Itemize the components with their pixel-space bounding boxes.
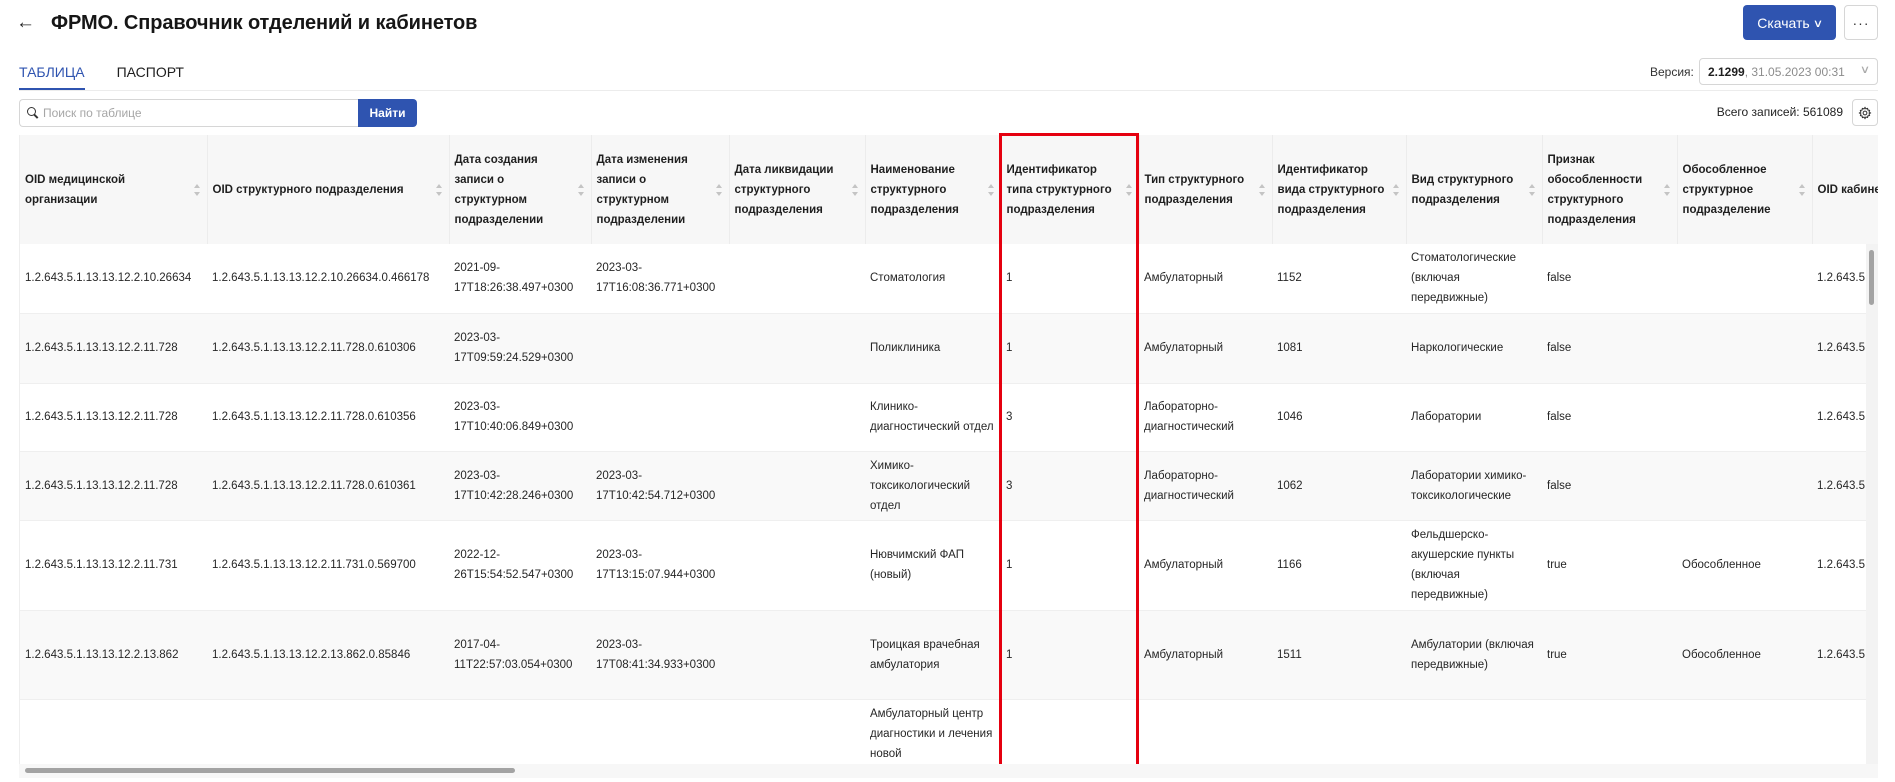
table-cell: false (1542, 383, 1677, 451)
table-cell: Амбулаторный (1139, 610, 1272, 699)
table-cell: Поликлиника (865, 313, 1001, 383)
column-header-label: Дата создания записи о структурном подра… (455, 154, 544, 226)
table-cell: Клинико-диагностический отдел (865, 383, 1001, 451)
column-header-label: Идентификатор типа структурного подразде… (1007, 164, 1112, 216)
sort-icon[interactable] (1664, 184, 1671, 196)
table-cell: 1.2.643.5.1.13.13.12.2.13.862.0.85846 (207, 610, 449, 699)
column-header[interactable]: Обособленное структурное подразделение (1677, 135, 1812, 244)
table-row[interactable]: 1.2.643.5.1.13.13.12.2.11.7311.2.643.5.1… (20, 520, 1878, 610)
table-cell: 1046 (1272, 383, 1406, 451)
table-cell: Лаборатории (1406, 383, 1542, 451)
total-records: Всего записей: 561089 (1717, 105, 1843, 119)
vertical-scrollbar-thumb[interactable] (1869, 250, 1874, 305)
ellipsis-icon: ··· (1853, 15, 1870, 31)
data-table: OID медицинской организацииOID структурн… (19, 135, 1878, 770)
table-cell (591, 383, 729, 451)
table-cell: 1 (1001, 610, 1139, 699)
table-cell: 1166 (1272, 520, 1406, 610)
table-cell: 1.2.643.5.1.13.13.12.2.11.728.0.610361 (207, 451, 449, 520)
table-cell: Амбулаторный (1139, 313, 1272, 383)
sort-icon[interactable] (436, 184, 443, 196)
table-cell: 1.2.643.5.1.13.13.12.2.10.26634.0.466178 (207, 244, 449, 313)
table-cell: 2023-03-17T10:40:06.849+0300 (449, 383, 591, 451)
table-cell: 1062 (1272, 451, 1406, 520)
table-cell (1542, 699, 1677, 770)
table-row[interactable]: 1.2.643.5.1.13.13.12.2.11.7281.2.643.5.1… (20, 383, 1878, 451)
table-cell: 1.2.643.5.1.13.13.12.2.11.731 (20, 520, 207, 610)
table-cell (1677, 244, 1812, 313)
version-select[interactable]: 2.1299, 31.05.2023 00:31 ∨ (1699, 58, 1878, 85)
table-cell: 2023-03-17T09:59:24.529+0300 (449, 313, 591, 383)
sort-icon[interactable] (1799, 184, 1806, 196)
table-cell: 2023-03-17T16:08:36.771+0300 (591, 244, 729, 313)
find-button[interactable]: Найти (358, 99, 417, 127)
table-cell: 1 (1001, 520, 1139, 610)
column-header-label: Вид структурного подразделения (1412, 174, 1514, 206)
version-label: Версия: (1650, 64, 1694, 80)
table-row[interactable]: 1.2.643.5.1.13.13.12.2.11.7281.2.643.5.1… (20, 451, 1878, 520)
table-cell: true (1542, 520, 1677, 610)
table-cell: Обособленное (1677, 520, 1812, 610)
table-cell: 3 (1001, 451, 1139, 520)
table-row[interactable]: 1.2.643.5.1.13.13.12.2.11.7281.2.643.5.1… (20, 313, 1878, 383)
table-cell: 1081 (1272, 313, 1406, 383)
table-cell: 3 (1001, 383, 1139, 451)
table-cell: 2023-03-17T10:42:54.712+0300 (591, 451, 729, 520)
table-cell: 1.2.643.5.1.13.13.12.2.11.728 (20, 451, 207, 520)
table-cell: 2023-03-17T10:42:28.246+0300 (449, 451, 591, 520)
table-cell: 1.2.643.5.1.13.13.12.2.11.728.0.610306 (207, 313, 449, 383)
column-header-label: Идентификатор вида структурного подразде… (1278, 164, 1385, 216)
search-icon (27, 107, 39, 119)
column-header-label: Признак обособленности структурного подр… (1548, 154, 1643, 226)
column-header[interactable]: Дата изменения записи о структурном подр… (591, 135, 729, 244)
download-button[interactable]: Скачать ∨ (1743, 5, 1836, 40)
sort-icon[interactable] (852, 184, 859, 196)
sort-icon[interactable] (1393, 184, 1400, 196)
column-header-label: Дата ликвидации структурного подразделен… (735, 164, 834, 216)
column-header-label: Обособленное структурное подразделение (1683, 164, 1771, 216)
table-cell (1677, 383, 1812, 451)
sort-icon[interactable] (1126, 184, 1133, 196)
column-header-label: Наименование структурного подразделения (871, 164, 959, 216)
column-header[interactable]: Вид структурного подразделения (1406, 135, 1542, 244)
table-cell: 1 (1001, 313, 1139, 383)
table-cell: Наркологические (1406, 313, 1542, 383)
column-header[interactable]: Дата создания записи о структурном подра… (449, 135, 591, 244)
table-row[interactable]: Амбулаторный центр диагностики и лечения… (20, 699, 1878, 770)
table-cell: Троицкая врачебная амбулатория (865, 610, 1001, 699)
column-header-label: Дата изменения записи о структурном подр… (597, 154, 688, 226)
table-cell (591, 699, 729, 770)
table-cell: Амбулаторный (1139, 520, 1272, 610)
table-cell (207, 699, 449, 770)
download-label: Скачать (1757, 15, 1810, 31)
table-cell (729, 244, 865, 313)
table-cell: 2022-12-26T15:54:52.547+0300 (449, 520, 591, 610)
column-header[interactable]: Наименование структурного подразделения (865, 135, 1001, 244)
chevron-down-icon: ∨ (1813, 17, 1823, 30)
column-header[interactable]: Дата ликвидации структурного подразделен… (729, 135, 865, 244)
table-cell: Лабораторно-диагностический (1139, 451, 1272, 520)
table-cell: Нювчимский ФАП (новый) (865, 520, 1001, 610)
tabs-divider (19, 90, 1878, 91)
table-cell (1406, 699, 1542, 770)
sort-icon[interactable] (716, 184, 723, 196)
table-cell: Амбулаторный центр диагностики и лечения… (865, 699, 1001, 770)
table-cell: Обособленное (1677, 610, 1812, 699)
table-cell (729, 520, 865, 610)
sort-icon[interactable] (1529, 184, 1536, 196)
column-header[interactable]: Признак обособленности структурного подр… (1542, 135, 1677, 244)
table-cell (729, 383, 865, 451)
table-cell (1677, 313, 1812, 383)
table-cell: Амбулатории (включая передвижные) (1406, 610, 1542, 699)
table-cell: 1.2.643.5.1.13.13.12.2.11.728 (20, 313, 207, 383)
table-cell (591, 313, 729, 383)
horizontal-scrollbar-thumb[interactable] (25, 768, 515, 773)
column-header[interactable]: OID медицинской организации (20, 135, 207, 244)
column-header[interactable]: OID структурного подразделения (207, 135, 449, 244)
table-cell: 2021-09-17T18:26:38.497+0300 (449, 244, 591, 313)
table-cell: 1152 (1272, 244, 1406, 313)
table-cell: 1 (1001, 244, 1139, 313)
table-cell: 2023-03-17T08:41:34.933+0300 (591, 610, 729, 699)
column-header[interactable]: OID кабине (1812, 135, 1878, 244)
table-cell: false (1542, 244, 1677, 313)
table-cell (20, 699, 207, 770)
table-cell: Стоматологические (включая передвижные) (1406, 244, 1542, 313)
page-title: ФРМО. Справочник отделений и кабинетов (51, 10, 477, 36)
table-cell (729, 313, 865, 383)
search-box (19, 99, 358, 127)
table-cell (449, 699, 591, 770)
table-cell (1677, 699, 1812, 770)
table-cell: 1.2.643.5.1.13.13.12.2.11.728.0.610356 (207, 383, 449, 451)
table-cell (729, 610, 865, 699)
table-settings-button[interactable] (1852, 99, 1878, 126)
table-cell: Стоматология (865, 244, 1001, 313)
tab-bar: ТАБЛИЦА ПАСПОРТ (19, 61, 184, 91)
table-cell: true (1542, 610, 1677, 699)
column-header[interactable]: Идентификатор вида структурного подразде… (1272, 135, 1406, 244)
table-cell: Фельдшерско-акушерские пункты (включая п… (1406, 520, 1542, 610)
table-cell: 1.2.643.5.1.13.13.12.2.11.731.0.569700 (207, 520, 449, 610)
table-cell: false (1542, 451, 1677, 520)
table-cell (1139, 699, 1272, 770)
table-cell (1001, 699, 1139, 770)
sort-icon[interactable] (194, 184, 201, 196)
tab-passport[interactable]: ПАСПОРТ (117, 61, 184, 90)
chevron-down-icon: ∨ (1860, 63, 1870, 76)
table-header-row: OID медицинской организацииOID структурн… (20, 135, 1878, 244)
table-cell (729, 699, 865, 770)
vertical-scrollbar-track[interactable] (1866, 244, 1878, 764)
column-header-label: OID медицинской организации (25, 174, 125, 206)
search-input[interactable] (43, 106, 343, 120)
column-header[interactable]: Тип структурного подразделения (1139, 135, 1272, 244)
column-header-label: OID структурного подразделения (213, 184, 404, 196)
tab-table[interactable]: ТАБЛИЦА (19, 61, 85, 90)
table-cell: 1.2.643.5.1.13.13.12.2.13.862 (20, 610, 207, 699)
table-cell: Амбулаторный (1139, 244, 1272, 313)
table-cell: 2023-03-17T13:15:07.944+0300 (591, 520, 729, 610)
table-cell: 1511 (1272, 610, 1406, 699)
table-cell: Лаборатории химико-токсикологические (1406, 451, 1542, 520)
sort-icon[interactable] (988, 184, 995, 196)
sort-icon[interactable] (1259, 184, 1266, 196)
table-cell: 1.2.643.5.1.13.13.12.2.10.26634 (20, 244, 207, 313)
column-header-label: OID кабине (1818, 184, 1879, 196)
table-cell: false (1542, 313, 1677, 383)
column-header-label: Тип структурного подразделения (1145, 174, 1245, 206)
version-number: 2.1299 (1708, 65, 1745, 79)
version-date: , 31.05.2023 00:31 (1745, 65, 1845, 79)
column-header[interactable]: Идентификатор типа структурного подразде… (1001, 135, 1139, 244)
table-row[interactable]: 1.2.643.5.1.13.13.12.2.13.8621.2.643.5.1… (20, 610, 1878, 699)
table-cell: Химико-токсикологический отдел (865, 451, 1001, 520)
table-row[interactable]: 1.2.643.5.1.13.13.12.2.10.266341.2.643.5… (20, 244, 1878, 313)
gear-icon (1858, 106, 1872, 120)
sort-icon[interactable] (578, 184, 585, 196)
table-cell (1677, 451, 1812, 520)
table-cell (1272, 699, 1406, 770)
back-arrow-icon[interactable]: ← (16, 12, 36, 34)
more-options-button[interactable]: ··· (1844, 5, 1878, 40)
table-cell: Лабораторно-диагностический (1139, 383, 1272, 451)
table-cell: 1.2.643.5.1.13.13.12.2.11.728 (20, 383, 207, 451)
table-cell (729, 451, 865, 520)
table-cell: 2017-04-11T22:57:03.054+0300 (449, 610, 591, 699)
